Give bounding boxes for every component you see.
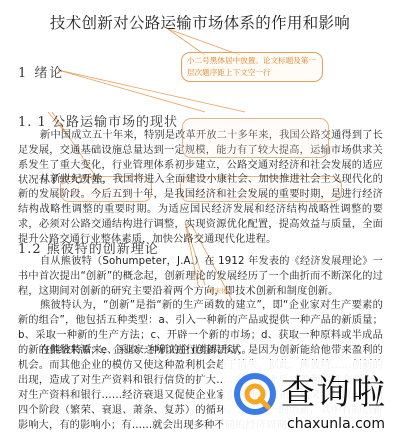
watermark-brand: 查询啦	[281, 365, 386, 414]
document-page: 技术创新对公路运输市场体系的作用和影响 小二号黑体居中放置。论文标题及第一层次题…	[0, 0, 400, 445]
watermark-url: chaxunla.com	[287, 416, 385, 432]
paragraph-callout-1	[182, 118, 329, 158]
document-title: 技术创新对公路运输市场体系的作用和影响	[0, 11, 400, 33]
title-format-callout: 小二号黑体居中放置。论文标题及第一层次题序距上下文空一行	[181, 52, 323, 82]
heading-1: 1 绪论	[18, 62, 64, 81]
chaxunla-logo-icon	[233, 372, 277, 416]
watermark: 查询啦 chaxunla.com	[223, 360, 398, 445]
callout-text: 小二号黑体居中放置。论文标题及第一层次题序距上下文空一行	[187, 56, 316, 77]
paragraph-2: 从新世纪开始，我国将进入全面建设小康社会、加快推进社会主义现代化的新的发展阶段。…	[18, 172, 383, 247]
font-note: 四宋体	[208, 286, 228, 295]
paragraph-3: 自从熊彼特（Sohumpeter，J.A.）在 1912 年发表的《经济发展理论…	[18, 254, 383, 299]
